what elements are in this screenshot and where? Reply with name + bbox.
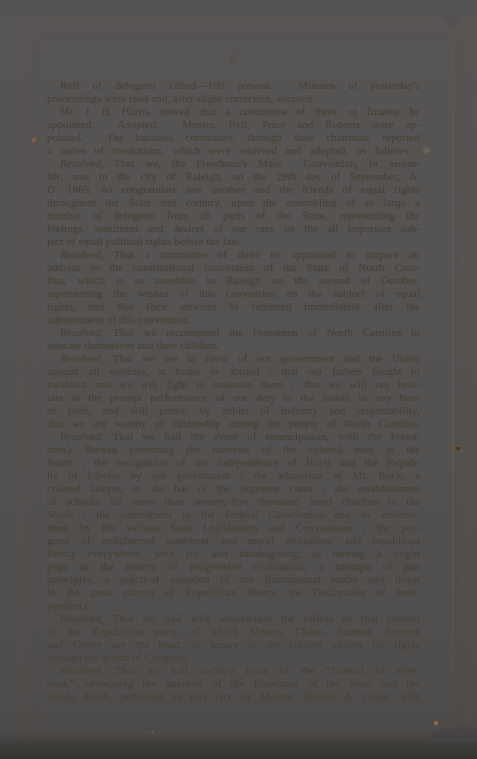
- page-number: 6: [47, 51, 420, 66]
- book-page: 6 Roll of delegates called—109 present. …: [18, 16, 477, 742]
- text-line: colored lawyer, to the bar of the Suprem…: [47, 483, 420, 496]
- gutter-top-shadow: [439, 16, 465, 29]
- book-scan-background: 6 Roll of delegates called—109 present. …: [0, 0, 477, 759]
- text-line: South ; the recognition of the independe…: [47, 457, 420, 470]
- text-line: appointed. Adopted. Messrs. Bell, Price …: [47, 119, 420, 132]
- text-line: rights, and that their services be rende…: [47, 301, 420, 314]
- text-line: estabiish and we will fight to maintain …: [47, 379, 420, 392]
- text-line: of schools for more than seventy-five th…: [47, 496, 420, 509]
- text-line: Resolved, That we, the Freedmen's Mass C…: [47, 158, 420, 171]
- text-line: lic of Liberia by our government ; the a…: [47, 470, 420, 483]
- text-line: through the action of Congress.: [47, 652, 420, 665]
- text-line: ment by the various State Legislatures a…: [47, 522, 420, 535]
- text-line: educate themselves and their children.: [47, 340, 420, 353]
- text-line: Roll of delegates called—109 present. Mi…: [47, 80, 420, 93]
- text-line: number of delegates from all parts of th…: [47, 210, 420, 223]
- text-line: South ; the amendment to the Federal Con…: [47, 509, 420, 522]
- text-line: lina, which is to assemble in Raleigh on…: [47, 275, 420, 288]
- page-gutter-crease: [452, 16, 454, 742]
- paper-stain: [434, 721, 438, 725]
- paper-wormhole: [455, 445, 461, 452]
- text-line: of the Republican party. of which Messrs…: [47, 626, 420, 639]
- text-line: page in the history of progressive civil…: [47, 561, 420, 574]
- text-line: Resolved, That a committee of three be a…: [47, 249, 420, 262]
- paragraph: Resolved, That we hail the event of eman…: [47, 431, 420, 613]
- text-line: Resolved, That we hail the event of eman…: [47, 431, 420, 444]
- page-text: Roll of delegates called—109 present. Mi…: [47, 80, 420, 704]
- text-line: Resolved, That we are in favor of our go…: [47, 353, 420, 366]
- text-line: proceedings were read and, after slight …: [47, 93, 420, 106]
- paragraph: Resolved, That we hail with satisfaction…: [47, 613, 420, 665]
- paragraph: Resolved, That we, the Freedmen's Mass C…: [47, 158, 420, 249]
- screenshot-root: { "page": { "number": "6", "paragraphs":…: [0, 0, 477, 759]
- text-line: liberty everywhere, with joy and thanksg…: [47, 548, 420, 561]
- text-line: Mr. J. H. Harris moved that a committee …: [47, 106, 420, 119]
- text-line: whole South, published in this city by M…: [47, 691, 420, 704]
- text-line: that we are worthy of citizenship among …: [47, 418, 420, 431]
- paragraph: Resolved, That we hail to-day's issue of…: [47, 665, 420, 704]
- paragraph: Resolved, That we are in favor of our go…: [47, 353, 420, 431]
- text-line: principles, a practical assertion of the…: [47, 574, 420, 587]
- paragraph: Resolved, That we recommend the Freedmen…: [47, 327, 420, 353]
- text-line: Resolved, That we hail with satisfaction…: [47, 613, 420, 626]
- text-line: bly, met in the city of Raleigh, on the …: [47, 171, 420, 184]
- text-line: Resolved, That we hail to-day's issue of…: [47, 665, 420, 678]
- text-line: of peril, and will prove, by habits of i…: [47, 405, 420, 418]
- text-line: in the great charter of Republican liber…: [47, 587, 420, 600]
- text-line: address to the constitutional convention…: [47, 262, 420, 275]
- paragraph: Resolved, That a committee of three be a…: [47, 249, 420, 327]
- text-line: against all enemies, at home or abroad ;…: [47, 366, 420, 379]
- paragraph: Mr. J. H. Harris moved that a committee …: [47, 106, 420, 158]
- paper-stain: [151, 731, 154, 734]
- paper-stain: [31, 136, 37, 143]
- text-line: pendence.: [47, 600, 420, 613]
- paper-stain: [422, 146, 431, 155]
- text-line: dom,” advocating the interests of the Fr…: [47, 678, 420, 691]
- text-line: representing the wishes of this conventi…: [47, 288, 420, 301]
- text-line: feelings, sentiment and desires of our r…: [47, 223, 420, 236]
- text-line: pointed. The business committee, through…: [47, 132, 420, 145]
- text-line: a series of resolutions, which were rece…: [47, 145, 420, 158]
- left-fold-line: [38, 300, 39, 404]
- text-line: ject of equal political rights before th…: [47, 236, 420, 249]
- paragraph: Roll of delegates called—109 present. Mi…: [47, 80, 420, 106]
- text-line: and Greely are the head, to secure to th…: [47, 639, 420, 652]
- text-line: Resolved, That we recommend the Freedmen…: [47, 327, 420, 340]
- gutter-bottom-shadow: [424, 728, 477, 742]
- text-line: throughout the State and country, upon t…: [47, 197, 420, 210]
- text-line: adjournment of this convention.: [47, 314, 420, 327]
- text-line: tate in the prompt performance of our du…: [47, 392, 420, 405]
- text-line: gress of enlightened sentiment and moral…: [47, 535, 420, 548]
- text-line: D. 1865, do congratulate one another and…: [47, 184, 420, 197]
- text-line: men's Bureau governing the interests of …: [47, 444, 420, 457]
